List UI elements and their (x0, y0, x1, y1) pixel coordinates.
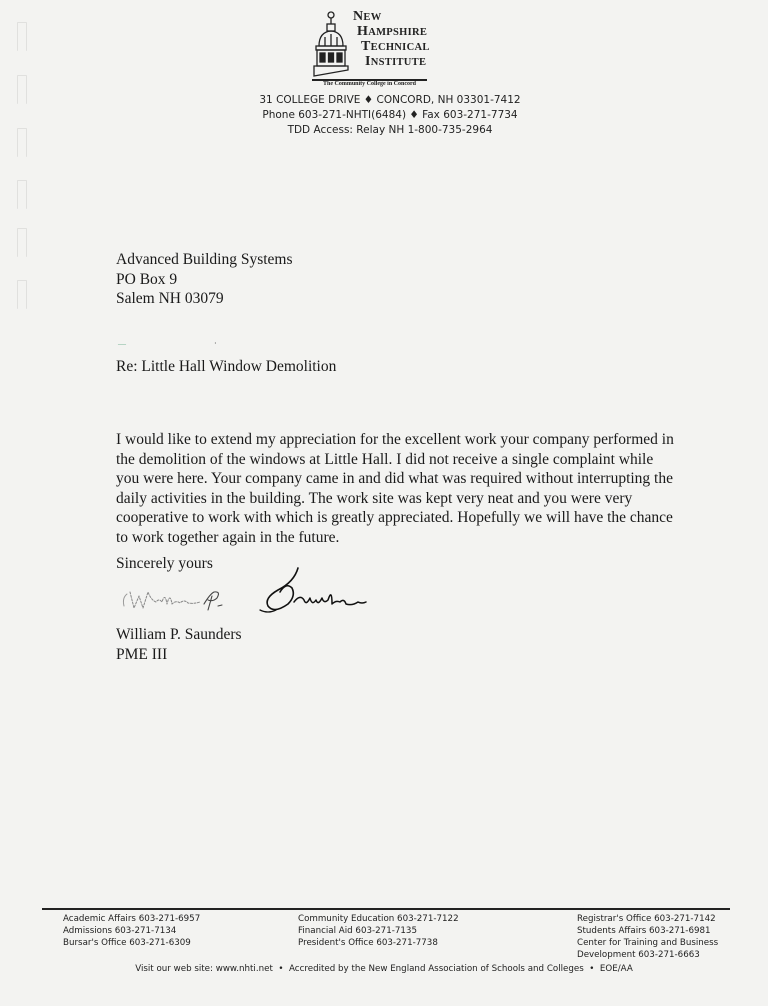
punch-mark (17, 228, 27, 257)
footer-contact: Students Affairs 603-271-6981 (577, 925, 718, 937)
capitol-dome-icon (312, 10, 350, 78)
institution-name-line: NEW (353, 9, 382, 24)
footer-column-1: Academic Affairs 603-271-6957 Admissions… (63, 913, 200, 949)
footer-contact: Bursar's Office 603-271-6309 (63, 937, 200, 949)
punch-mark (17, 128, 27, 157)
institution-tagline: The Community College in Concord (312, 81, 427, 87)
letterhead-phone: Phone 603-271-NHTI(6484) ♦ Fax 603-271-7… (200, 108, 580, 123)
footer-contact: Community Education 603-271-7122 (298, 913, 459, 925)
punch-mark (17, 22, 27, 51)
scan-speck: —· (118, 339, 217, 348)
footer-contact: Center for Training and Business (577, 937, 718, 949)
institution-logo: NEW HAMPSHIRE TECHNICAL INSTITUTE The Co… (312, 10, 427, 90)
recipient-address: Advanced Building Systems PO Box 9 Salem… (116, 250, 293, 309)
letterhead-address: 31 COLLEGE DRIVE ♦ CONCORD, NH 03301-741… (200, 93, 580, 108)
footer-divider (42, 908, 730, 910)
handwritten-signature-icon (118, 562, 378, 627)
recipient-company: Advanced Building Systems (116, 250, 293, 270)
letter-body: I would like to extend my appreciation f… (116, 430, 676, 547)
punch-mark (17, 280, 27, 309)
punch-mark (17, 180, 27, 209)
institution-name-line: HAMPSHIRE (357, 24, 427, 39)
footer-contact: Registrar's Office 603-271-7142 (577, 913, 718, 925)
footer-contact: Admissions 603-271-7134 (63, 925, 200, 937)
institution-name-line: TECHNICAL (361, 39, 430, 54)
punch-mark (17, 75, 27, 104)
footer-contact: Financial Aid 603-271-7135 (298, 925, 459, 937)
signer-title: PME III (116, 645, 242, 665)
footer-column-2: Community Education 603-271-7122 Financi… (298, 913, 459, 949)
footer-contact: President's Office 603-271-7738 (298, 937, 459, 949)
subject-line: Re: Little Hall Window Demolition (116, 357, 336, 377)
footer-column-3: Registrar's Office 603-271-7142 Students… (577, 913, 718, 961)
footer-website-accreditation: Visit our web site: www.nhti.net • Accre… (0, 964, 768, 974)
signer-block: William P. Saunders PME III (116, 625, 242, 664)
footer-contact: Development 603-271-6663 (577, 949, 718, 961)
recipient-city: Salem NH 03079 (116, 289, 293, 309)
recipient-po-box: PO Box 9 (116, 270, 293, 290)
letterhead-contact: 31 COLLEGE DRIVE ♦ CONCORD, NH 03301-741… (200, 93, 580, 138)
institution-name: NEW HAMPSHIRE TECHNICAL INSTITUTE (351, 10, 430, 70)
letterhead-tdd: TDD Access: Relay NH 1-800-735-2964 (200, 123, 580, 138)
footer-contact: Academic Affairs 603-271-6957 (63, 913, 200, 925)
institution-name-line: INSTITUTE (365, 54, 426, 69)
signer-name: William P. Saunders (116, 625, 242, 645)
